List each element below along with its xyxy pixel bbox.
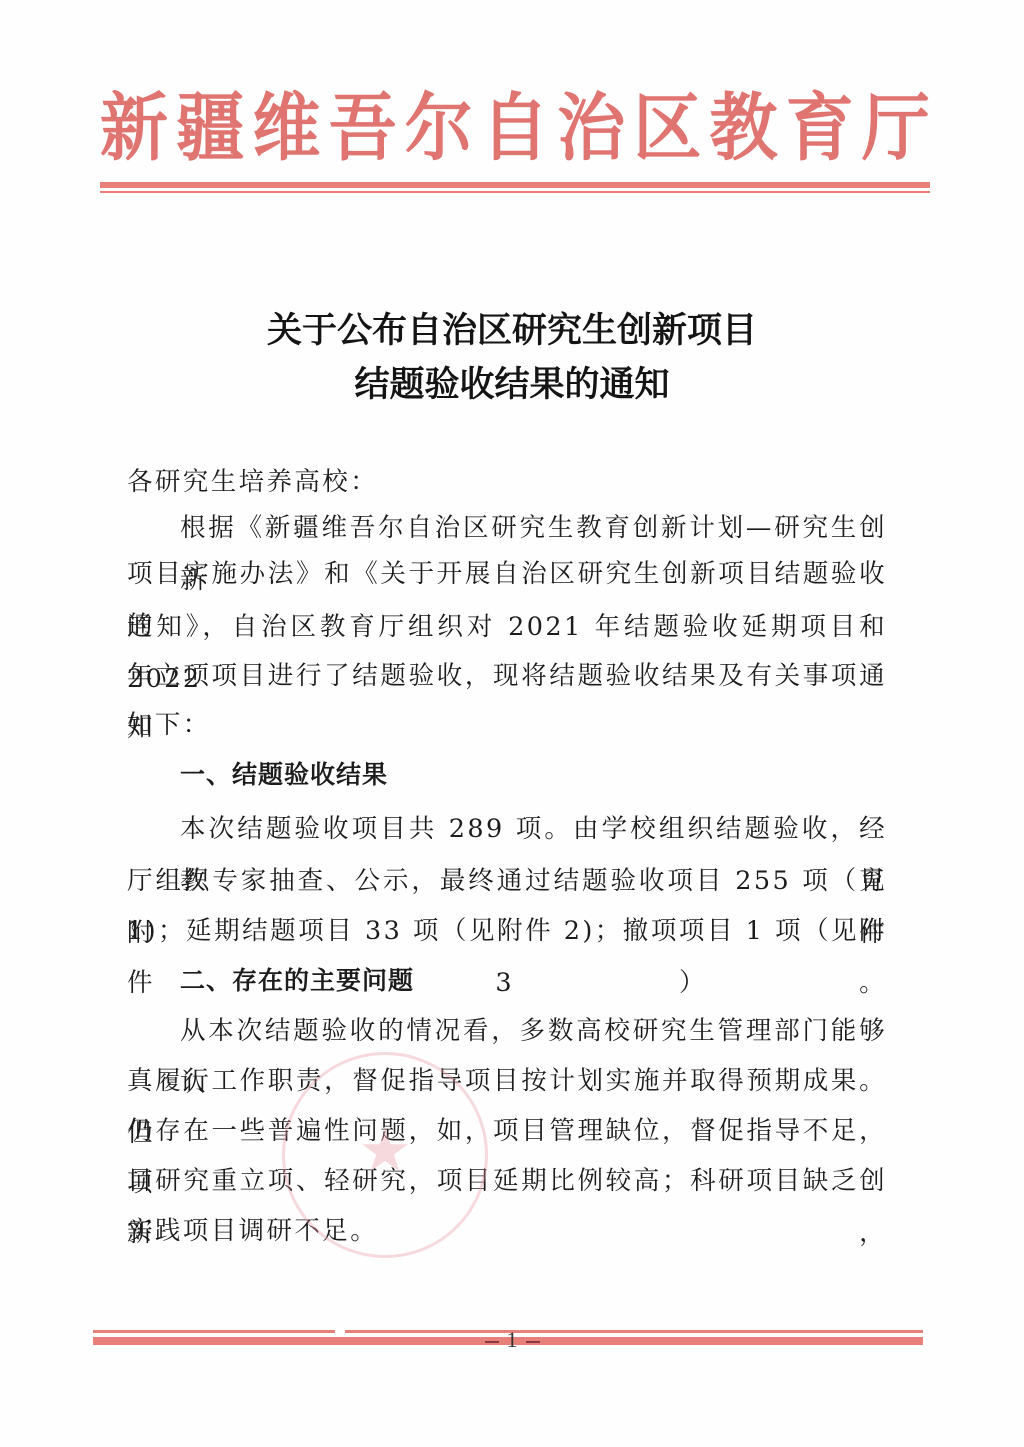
page-number-value: 1 [507, 1327, 518, 1352]
masthead-char: 治 [557, 85, 625, 171]
intro-line: 如下： [127, 699, 887, 751]
section-line: 实践项目调研不足。 [127, 1205, 887, 1257]
masthead-char: 疆 [176, 85, 244, 171]
section-line: 1)；延期结题项目 33 项（见附件 2)；撤项项目 1 项（见附件 3）。 [127, 905, 887, 957]
masthead-char: 育 [786, 85, 854, 171]
footer-rule-gap [335, 1326, 345, 1336]
section-line: 厅组织专家抽查、公示，最终通过结题验收项目 255 项（见附件 [127, 855, 887, 907]
masthead-char: 自 [481, 85, 549, 171]
intro-line: 年立项项目进行了结题验收，现将结题验收结果及有关事项通知 [127, 650, 887, 702]
masthead-char: 新 [100, 85, 168, 171]
masthead-char: 教 [710, 85, 778, 171]
section-line: 仍存在一些普遍性问题，如，项目管理缺位，督促指导不足，项 [127, 1105, 887, 1157]
section-line: 目研究重立项、轻研究，项目延期比例较高；科研项目缺乏创新， [127, 1155, 887, 1207]
document-page: 新 疆 维 吾 尔 自 治 区 教 育 厅 关于公布自治区研究生创新项目 结题验… [0, 0, 1024, 1447]
section-line: 真履行工作职责，督促指导项目按计划实施并取得预期成果。但 [127, 1055, 887, 1107]
masthead-char: 尔 [405, 85, 473, 171]
section-heading-results: 一、结题验收结果 [180, 749, 887, 801]
salutation: 各研究生培养高校： [127, 456, 887, 508]
masthead-char: 厅 [862, 85, 930, 171]
section-heading-problems: 二、存在的主要问题 [180, 955, 887, 1007]
document-title-line-2: 结题验收结果的通知 [0, 357, 1024, 407]
header-rule-thin [100, 191, 930, 193]
intro-line: 通知》，自治区教育厅组织对 2021 年结题验收延期项目和 2022 [127, 601, 887, 653]
section-line: 从本次结题验收的情况看，多数高校研究生管理部门能够认 [180, 1005, 887, 1057]
masthead-char: 维 [252, 85, 320, 171]
intro-line: 项目实施办法》和《关于开展自治区研究生创新项目结题验收的 [127, 548, 887, 600]
masthead: 新 疆 维 吾 尔 自 治 区 教 育 厅 [100, 88, 930, 168]
page-number-dash-left [485, 1341, 499, 1343]
section-line: 本次结题验收项目共 289 项。由学校组织结题验收，经教育 [180, 803, 887, 855]
masthead-char: 区 [633, 85, 701, 171]
page-number: 1 [462, 1325, 562, 1355]
page-number-dash-right [526, 1341, 540, 1343]
document-title-line-1: 关于公布自治区研究生创新项目 [0, 303, 1024, 353]
intro-line: 根据《新疆维吾尔自治区研究生教育创新计划—研究生创新 [180, 502, 887, 554]
header-rule-thick [100, 182, 930, 188]
masthead-char: 吾 [329, 85, 397, 171]
